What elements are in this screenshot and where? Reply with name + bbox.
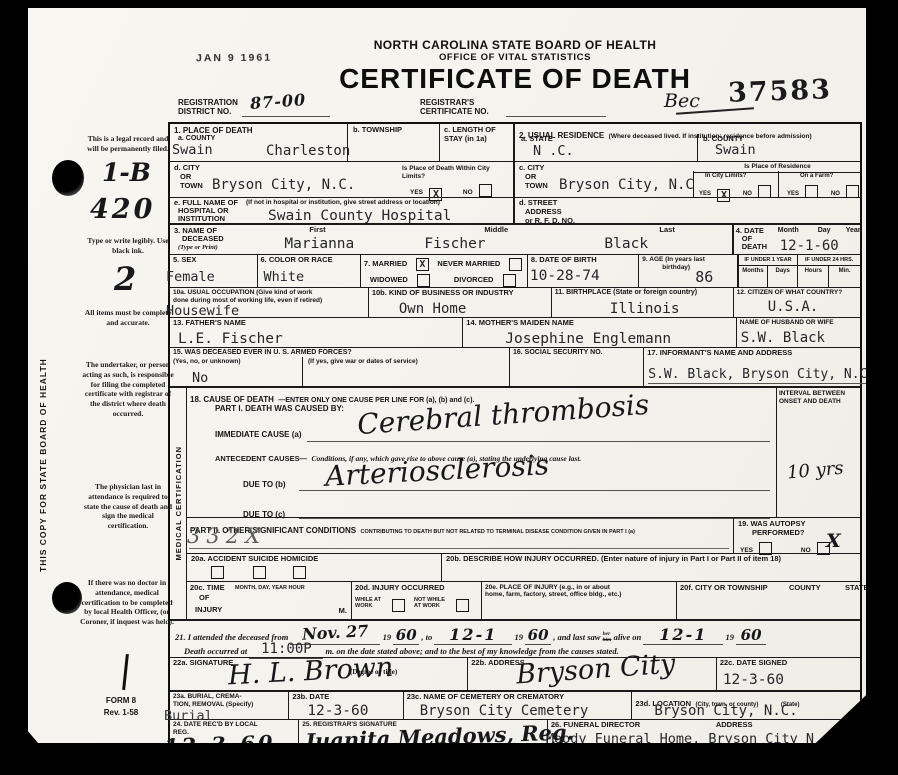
- time-m-label: M.: [339, 607, 347, 616]
- row-burial: 23a. BURIAL, CREMA-TION, REMOVAL (Specif…: [170, 692, 860, 720]
- received-date-stamp: JAN 9 1961: [196, 52, 272, 65]
- father-value: L.E. Fischer: [178, 331, 283, 347]
- margin-note-complete: All items must be complete and accurate.: [84, 308, 172, 328]
- accident-checkbox: [211, 566, 224, 579]
- color-race-value: White: [264, 269, 305, 285]
- cemetery-cell: 23c. NAME OF CEMETERY OR CREMATORY Bryso…: [404, 692, 633, 719]
- name-label-3: (Type or Print): [178, 244, 218, 252]
- date-signed-cell: 22c. DATE SIGNED 12-3-60: [717, 658, 860, 690]
- burial-type-label: 23a. BURIAL, CREMA-TION, REMOVAL (Specif…: [173, 693, 285, 708]
- row-place-residence-3: e. FULL NAME OF (If not in hospital or i…: [170, 198, 860, 225]
- birthplace-label: 11. BIRTHPLACE (State or foreign country…: [555, 289, 730, 297]
- rule-line: [307, 441, 770, 442]
- rule-line: [693, 171, 694, 198]
- spouse-value: S.W. Black: [741, 330, 825, 346]
- medical-certification-block: MEDICAL CERTIFICATION 18. CAUSE OF DEATH…: [170, 388, 860, 621]
- suicide-checkbox: [253, 566, 266, 579]
- date-received-value: 12-3-60: [164, 730, 276, 759]
- limits-no-checkbox: [479, 184, 492, 197]
- mother-cell: 14. MOTHER'S MAIDEN NAME Josephine Engle…: [463, 318, 736, 347]
- date-of-death-cell: 4. DATE OF DEATH Month Day Year 12-1-60: [734, 225, 860, 254]
- section-1-place-of-death: 1. PLACE OF DEATH a. COUNTY Swain b. TOW…: [170, 124, 515, 161]
- registrar-certificate-label-1: REGISTRAR'S: [420, 98, 489, 107]
- describe-injury-label: 20b. DESCRIBE HOW INJURY OCCURRED. (Ente…: [446, 555, 846, 564]
- form-number-block: FORM 8 Rev. 1-58: [90, 696, 152, 718]
- mother-value: Josephine Englemann: [505, 331, 671, 347]
- hospital-value: Swain County Hospital: [268, 208, 451, 224]
- section-2-usual-residence: 2. USUAL RESIDENCE (Where deceased lived…: [515, 124, 860, 161]
- medical-certification-main: 18. CAUSE OF DEATH —ENTER ONLY ONE CAUSE…: [187, 388, 860, 619]
- rule-line: [242, 116, 330, 117]
- place-of-injury-cell: 20e. PLACE OF INJURY (e.g., in or abouth…: [482, 582, 677, 619]
- occupation-cell: 10a. USUAL OCCUPATION (Give kind of work…: [170, 288, 369, 317]
- hospital-label-3: INSTITUTION: [178, 215, 225, 224]
- row-personal-details: 5. SEX Female 6. COLOR OR RACE White 7. …: [170, 255, 860, 288]
- citizen-value: U.S.A.: [768, 299, 819, 315]
- ssn-cell: 16. SOCIAL SECURITY NO.: [510, 348, 644, 386]
- part2-value: 332X: [187, 524, 266, 548]
- row-20ab: 20a. ACCIDENT SUICIDE HOMICIDE 20b. DESC…: [187, 553, 860, 580]
- certificate-number-annotation: Bec: [664, 90, 700, 112]
- in-city-limits-question: In City Limits?: [705, 173, 746, 180]
- injury-county-header: COUNTY: [789, 584, 821, 593]
- father-cell: 13. FATHER'S NAME L.E. Fischer: [170, 318, 463, 347]
- street-address-cell: d. STREETADDRESSor R. F. D. NO.: [515, 198, 860, 223]
- age-cell: 9. AGE (In years lastbirthday) 86: [639, 255, 738, 287]
- spouse-cell: NAME OF HUSBAND OR WIFE S.W. Black: [737, 318, 860, 347]
- under-1-year-subcells: Months Days: [739, 266, 798, 287]
- rule-line: [439, 124, 440, 161]
- rule-line: [778, 171, 779, 198]
- margin-handwriting-1b: 1-B: [102, 158, 151, 187]
- on-farm-question: On a Farm?: [800, 173, 833, 180]
- form-revision: Rev. 1-58: [90, 708, 152, 717]
- never-married-checkbox: [509, 258, 522, 271]
- rule-line: [506, 116, 606, 117]
- not-while-at-work-checkbox: [456, 599, 469, 612]
- form-number: FORM 8: [90, 696, 152, 705]
- row-attended-statement: 21. I attended the deceased from Nov. 27…: [170, 621, 860, 658]
- margin-note-type: Type or write legibly. Use black ink.: [84, 236, 172, 256]
- row-armed-forces: 15. WAS DECEASED EVER IN U. S. ARMED FOR…: [170, 348, 860, 388]
- name-of-deceased-label-cell: 3. NAME OF DECEASED (Type or Print): [170, 225, 269, 254]
- signature-cell: 22a. SIGNATURE H. L. Brown (Degree or ti…: [170, 658, 468, 690]
- injury-occurred-label: 20d. INJURY OCCURRED: [355, 584, 445, 593]
- row-20cdef: 20c. TIME OF INJURY MONTH, DAY, YEAR HOU…: [187, 581, 860, 619]
- cause-of-death-part1: 18. CAUSE OF DEATH —ENTER ONLY ONE CAUSE…: [187, 388, 860, 517]
- farm-no-checkbox: [846, 185, 859, 198]
- informant-label: 17. INFORMANT'S NAME AND ADDRESS: [647, 349, 857, 358]
- township-label: b. TOWNSHIP: [353, 126, 402, 135]
- armed-forces-label: 15. WAS DECEASED EVER IN U. S. ARMED FOR…: [173, 349, 352, 357]
- header-office: OFFICE OF VITAL STATISTICS: [265, 52, 765, 63]
- row-physician-signature: 22a. SIGNATURE H. L. Brown (Degree or ti…: [170, 658, 860, 692]
- autopsy-cell: 19. WAS AUTOPSYPERFORMED? YES NO X: [733, 518, 860, 553]
- birthplace-value: Illinois: [610, 301, 680, 317]
- date-of-death-value: 12-1-60: [780, 238, 839, 254]
- last-name-header: Last: [659, 226, 674, 235]
- usual-residence-title: 2. USUAL RESIDENCE (Where deceased lived…: [519, 125, 812, 143]
- margin-vertical-label: THIS COPY FOR STATE BOARD OF HEALTH: [38, 280, 48, 572]
- scanned-death-certificate: { "stamp": {"date": "JAN 9 1961", "annot…: [0, 0, 898, 775]
- last-seen-value: 12-1: [643, 625, 723, 645]
- margin-handwriting-2: 2: [114, 260, 136, 298]
- last-seen-year: 60: [736, 626, 766, 645]
- informant-value: S.W. Black, Bryson City, N.C.: [648, 367, 875, 384]
- township-value: Charleston: [266, 143, 350, 159]
- armed-forces-note-2: (If yes, give war or dates of service): [308, 358, 478, 366]
- spouse-label: NAME OF HUSBAND OR WIFE: [740, 319, 857, 327]
- registration-district-label-2: DISTRICT NO.: [178, 107, 238, 116]
- cause-of-death-part2: PART II. OTHER SIGNIFICANT CONDITIONS CO…: [187, 517, 860, 553]
- medical-certification-strip: MEDICAL CERTIFICATION: [170, 388, 187, 619]
- under-1-year-header: IF UNDER 1 YEAR: [739, 255, 798, 266]
- burial-date-cell: 23b. DATE 12-3-60: [289, 692, 403, 719]
- certificate-paper: JAN 9 1961 NORTH CAROLINA STATE BOARD OF…: [28, 8, 866, 743]
- burial-date-label: 23b. DATE: [292, 693, 399, 702]
- homicide-checkbox: [293, 566, 306, 579]
- accident-suicide-homicide-cell: 20a. ACCIDENT SUICIDE HOMICIDE: [187, 554, 442, 580]
- interval-value: 10 yrs: [786, 458, 844, 484]
- cemetery-label: 23c. NAME OF CEMETERY OR CREMATORY: [407, 693, 629, 702]
- row-registrar: 24. DATE REC'D BY LOCALREG. 12-3-60 25. …: [170, 720, 860, 746]
- residence-county-value: Swain: [715, 142, 756, 158]
- married-checkbox: X: [416, 258, 429, 271]
- certificate-number: 37583: [727, 74, 832, 109]
- sex-value: Female: [166, 269, 215, 285]
- color-race-cell: 6. COLOR OR RACE White: [258, 255, 361, 287]
- ssn-label: 16. SOCIAL SECURITY NO.: [513, 349, 640, 357]
- months-header: Months: [739, 266, 768, 287]
- registration-district-label-1: REGISTRATION: [178, 98, 238, 107]
- time-of-injury-cell: 20c. TIME OF INJURY MONTH, DAY, YEAR HOU…: [187, 582, 352, 619]
- burial-location-value: Bryson City, N.C.: [654, 703, 797, 719]
- row-place-residence-2: d. CITYORTOWN Bryson City, N.C. Is Place…: [170, 162, 860, 198]
- min-header: Min.: [829, 266, 860, 287]
- color-race-label: 6. COLOR OR RACE: [261, 256, 357, 265]
- row-parents: 13. FATHER'S NAME L.E. Fischer 14. MOTHE…: [170, 318, 860, 348]
- row-occupation: 10a. USUAL OCCUPATION (Give kind of work…: [170, 288, 860, 318]
- father-label: 13. FATHER'S NAME: [173, 319, 459, 328]
- cause-part1-content: 18. CAUSE OF DEATH —ENTER ONLY ONE CAUSE…: [187, 388, 776, 517]
- cemetery-value: Bryson City Cemetery: [420, 703, 589, 719]
- autopsy-yes-checkbox: [759, 542, 772, 555]
- first-name-header: First: [309, 226, 325, 235]
- under-24-hrs-subcells: Hours Min.: [798, 266, 860, 287]
- middle-name-value: Fischer: [424, 236, 485, 252]
- date-of-birth-value: 10-28-74: [530, 268, 600, 284]
- date-signed-label: 22c. DATE SIGNED: [720, 659, 857, 668]
- burial-location-cell: 23d. LOCATION (City, town, or county) (S…: [632, 692, 860, 719]
- punch-hole-top: [52, 160, 84, 196]
- marital-line-1: 7. MARRIED X NEVER MARRIED: [364, 258, 524, 271]
- first-name-value: Marianna: [284, 236, 354, 252]
- under-1-year-cell: IF UNDER 1 YEAR Months Days: [739, 255, 799, 287]
- widowed-checkbox: [417, 274, 430, 287]
- part1-label: PART I. DEATH WAS CAUSED BY:: [215, 404, 344, 413]
- time-of-injury-label-2: OF: [199, 594, 209, 603]
- injury-state-header: STATE: [845, 584, 868, 593]
- margin-note-undertaker: The undertaker, or person acting as such…: [82, 360, 174, 419]
- header-org: NORTH CAROLINA STATE BOARD OF HEALTH: [265, 38, 765, 52]
- injury-occurred-cell: 20d. INJURY OCCURRED WHILE ATWORK NOT WH…: [352, 582, 482, 619]
- business-value: Own Home: [399, 301, 466, 317]
- registrar-signature-cell: 25. REGISTRAR'S SIGNATURE Juanita Meadow…: [299, 720, 548, 746]
- time-of-injury-subheader: MONTH, DAY, YEAR HOUR: [235, 585, 305, 591]
- accident-suicide-homicide-label: 20a. ACCIDENT SUICIDE HOMICIDE: [191, 555, 318, 564]
- divorced-checkbox: [503, 274, 516, 287]
- signature-address-cell: 22b. ADDRESS Bryson City: [468, 658, 717, 690]
- medical-certification-vertical-label: MEDICAL CERTIFICATION: [174, 446, 183, 560]
- not-while-at-work-label: NOT WHILEAT WORK: [414, 597, 445, 610]
- residence-city-label: c. CITYORTOWN: [519, 164, 548, 191]
- under-24-hrs-header: IF UNDER 24 HRS.: [798, 255, 860, 266]
- margin-note-physician: The physician last in attendance is requ…: [82, 482, 174, 531]
- in-city-no-checkbox: [758, 185, 771, 198]
- mother-label: 14. MOTHER'S MAIDEN NAME: [466, 319, 732, 328]
- informant-cell: 17. INFORMANT'S NAME AND ADDRESS S.W. Bl…: [644, 348, 860, 386]
- funeral-director-cell: 26. FUNERAL DIRECTOR ADDRESS Moody Funer…: [548, 720, 860, 746]
- county-value: Swain: [172, 142, 213, 158]
- hours-header: Hours: [798, 266, 829, 287]
- marital-line-2: WIDOWED DIVORCED: [364, 274, 524, 287]
- length-of-stay-label: c. LENGTH OFSTAY (in 1a): [444, 126, 496, 144]
- sex-cell: 5. SEX Female: [170, 255, 258, 287]
- margin-handwriting-420: 420: [90, 194, 155, 225]
- hospital-note: (If not in hospital or institution, give…: [246, 199, 506, 207]
- part2-content: PART II. OTHER SIGNIFICANT CONDITIONS CO…: [187, 518, 733, 553]
- degree-or-title-note: (Degree or title): [350, 668, 397, 676]
- age-label: 9. AGE (In years lastbirthday): [642, 256, 733, 271]
- residence-state-value: N .C.: [533, 143, 574, 159]
- rule-line: [697, 134, 698, 162]
- date-signed-value: 12-3-60: [723, 672, 784, 688]
- residence-city-value: Bryson City, N.C: [559, 177, 694, 193]
- interval-header: INTERVAL BETWEENONSET AND DEATH: [779, 390, 859, 405]
- burial-date-value: 12-3-60: [307, 703, 368, 719]
- armed-forces-note-1: (Yes, no, or unknown): [173, 358, 295, 366]
- time-of-injury-label-1: 20c. TIME: [190, 584, 225, 593]
- name-values-cell: First Middle Last Marianna Fischer Black: [269, 225, 733, 254]
- registrar-certificate-block: REGISTRAR'S CERTIFICATE NO.: [420, 98, 489, 117]
- date-received-cell: 24. DATE REC'D BY LOCALREG. 12-3-60: [170, 720, 299, 746]
- immediate-cause-label: IMMEDIATE CAUSE (a): [215, 430, 302, 439]
- margin-note-doctor: If there was no doctor in attendance, me…: [80, 578, 174, 627]
- farm-yes-checkbox: [805, 185, 818, 198]
- citizen-label: 12. CITIZEN OF WHAT COUNTRY?: [737, 289, 857, 297]
- business-label: 10b. KIND OF BUSINESS OR INDUSTRY: [372, 289, 548, 298]
- hospital-cell: e. FULL NAME OF (If not in hospital or i…: [170, 198, 515, 223]
- date-of-birth-cell: 8. DATE OF BIRTH 10-28-74: [528, 255, 639, 287]
- registration-district-block: REGISTRATION DISTRICT NO.: [178, 98, 238, 117]
- while-at-work-label: WHILE ATWORK: [355, 597, 381, 610]
- last-name-value: Black: [604, 236, 648, 252]
- armed-forces-cell: 15. WAS DECEASED EVER IN U. S. ARMED FOR…: [170, 348, 510, 386]
- punch-hole-bottom: [52, 582, 82, 614]
- rule-line: [302, 357, 303, 388]
- year-header: Year: [846, 227, 861, 235]
- residence-city-cell: c. CITYORTOWN Bryson City, N.C Is Place …: [515, 162, 860, 197]
- interval-column: INTERVAL BETWEENONSET AND DEATH 10 yrs: [776, 388, 860, 517]
- marital-status-cell: 7. MARRIED X NEVER MARRIED WIDOWED DIVOR…: [361, 255, 528, 287]
- birthplace-cell: 11. BIRTHPLACE (State or foreign country…: [552, 288, 734, 317]
- funeral-director-address-header: ADDRESS: [716, 721, 753, 730]
- registrar-certificate-label-2: CERTIFICATE NO.: [420, 107, 489, 116]
- row-place-residence-1: 1. PLACE OF DEATH a. COUNTY Swain b. TOW…: [170, 124, 860, 162]
- day-header: Day: [818, 227, 831, 235]
- while-at-work-checkbox: [392, 599, 405, 612]
- funeral-director-value: Moody Funeral Home, Bryson City N: [546, 731, 814, 747]
- margin-note-legal: This is a legal record and will be perma…: [84, 134, 172, 154]
- describe-injury-cell: 20b. DESCRIBE HOW INJURY OCCURRED. (Ente…: [442, 554, 860, 580]
- row-name-deceased: 3. NAME OF DECEASED (Type or Print) Firs…: [170, 225, 860, 255]
- margin-pen-stroke: [122, 654, 128, 690]
- age-value: 86: [695, 268, 713, 286]
- time-of-injury-label-3: INJURY: [195, 606, 222, 615]
- under-24-hrs-cell: IF UNDER 24 HRS. Hours Min.: [798, 255, 860, 287]
- place-city-value: Bryson City, N.C.: [212, 177, 355, 193]
- date-of-birth-label: 8. DATE OF BIRTH: [531, 256, 635, 265]
- city-limits-question: Is Place of Death Within CityLimits?: [402, 165, 514, 180]
- injury-city-label: 20f. CITY OR TOWNSHIP: [680, 584, 768, 593]
- citizen-cell: 12. CITIZEN OF WHAT COUNTRY? U.S.A.: [734, 288, 860, 317]
- rule-line: [189, 548, 729, 549]
- middle-name-header: Middle: [484, 226, 508, 235]
- place-city-label: d. CITYORTOWN: [174, 164, 203, 191]
- occupation-value: Housewife: [166, 303, 239, 319]
- registration-district-value: 87-00: [249, 90, 306, 113]
- injury-city-cell: 20f. CITY OR TOWNSHIP COUNTY STATE: [677, 582, 860, 619]
- certificate-form: 1. PLACE OF DEATH a. COUNTY Swain b. TOW…: [168, 122, 862, 748]
- street-address-label: d. STREETADDRESSor R. F. D. NO.: [519, 199, 575, 226]
- due-to-b-label: DUE TO (b): [243, 480, 286, 489]
- attended-statement-cell: 21. I attended the deceased from Nov. 27…: [170, 621, 860, 657]
- days-header: Days: [768, 266, 797, 287]
- armed-forces-value: No: [192, 370, 208, 386]
- autopsy-no-mark: X: [826, 530, 841, 552]
- month-header: Month: [778, 227, 799, 235]
- place-city-cell: d. CITYORTOWN Bryson City, N.C. Is Place…: [170, 162, 515, 197]
- autopsy-label: 19. WAS AUTOPSYPERFORMED?: [738, 520, 806, 538]
- burial-type-cell: 23a. BURIAL, CREMA-TION, REMOVAL (Specif…: [170, 692, 289, 719]
- sex-label: 5. SEX: [173, 256, 254, 265]
- place-of-injury-label: 20e. PLACE OF INJURY (e.g., in or abouth…: [485, 584, 621, 599]
- name-label-2: DECEASED: [182, 235, 224, 244]
- business-cell: 10b. KIND OF BUSINESS OR INDUSTRY Own Ho…: [369, 288, 552, 317]
- date-of-death-label-3: DEATH: [742, 243, 767, 252]
